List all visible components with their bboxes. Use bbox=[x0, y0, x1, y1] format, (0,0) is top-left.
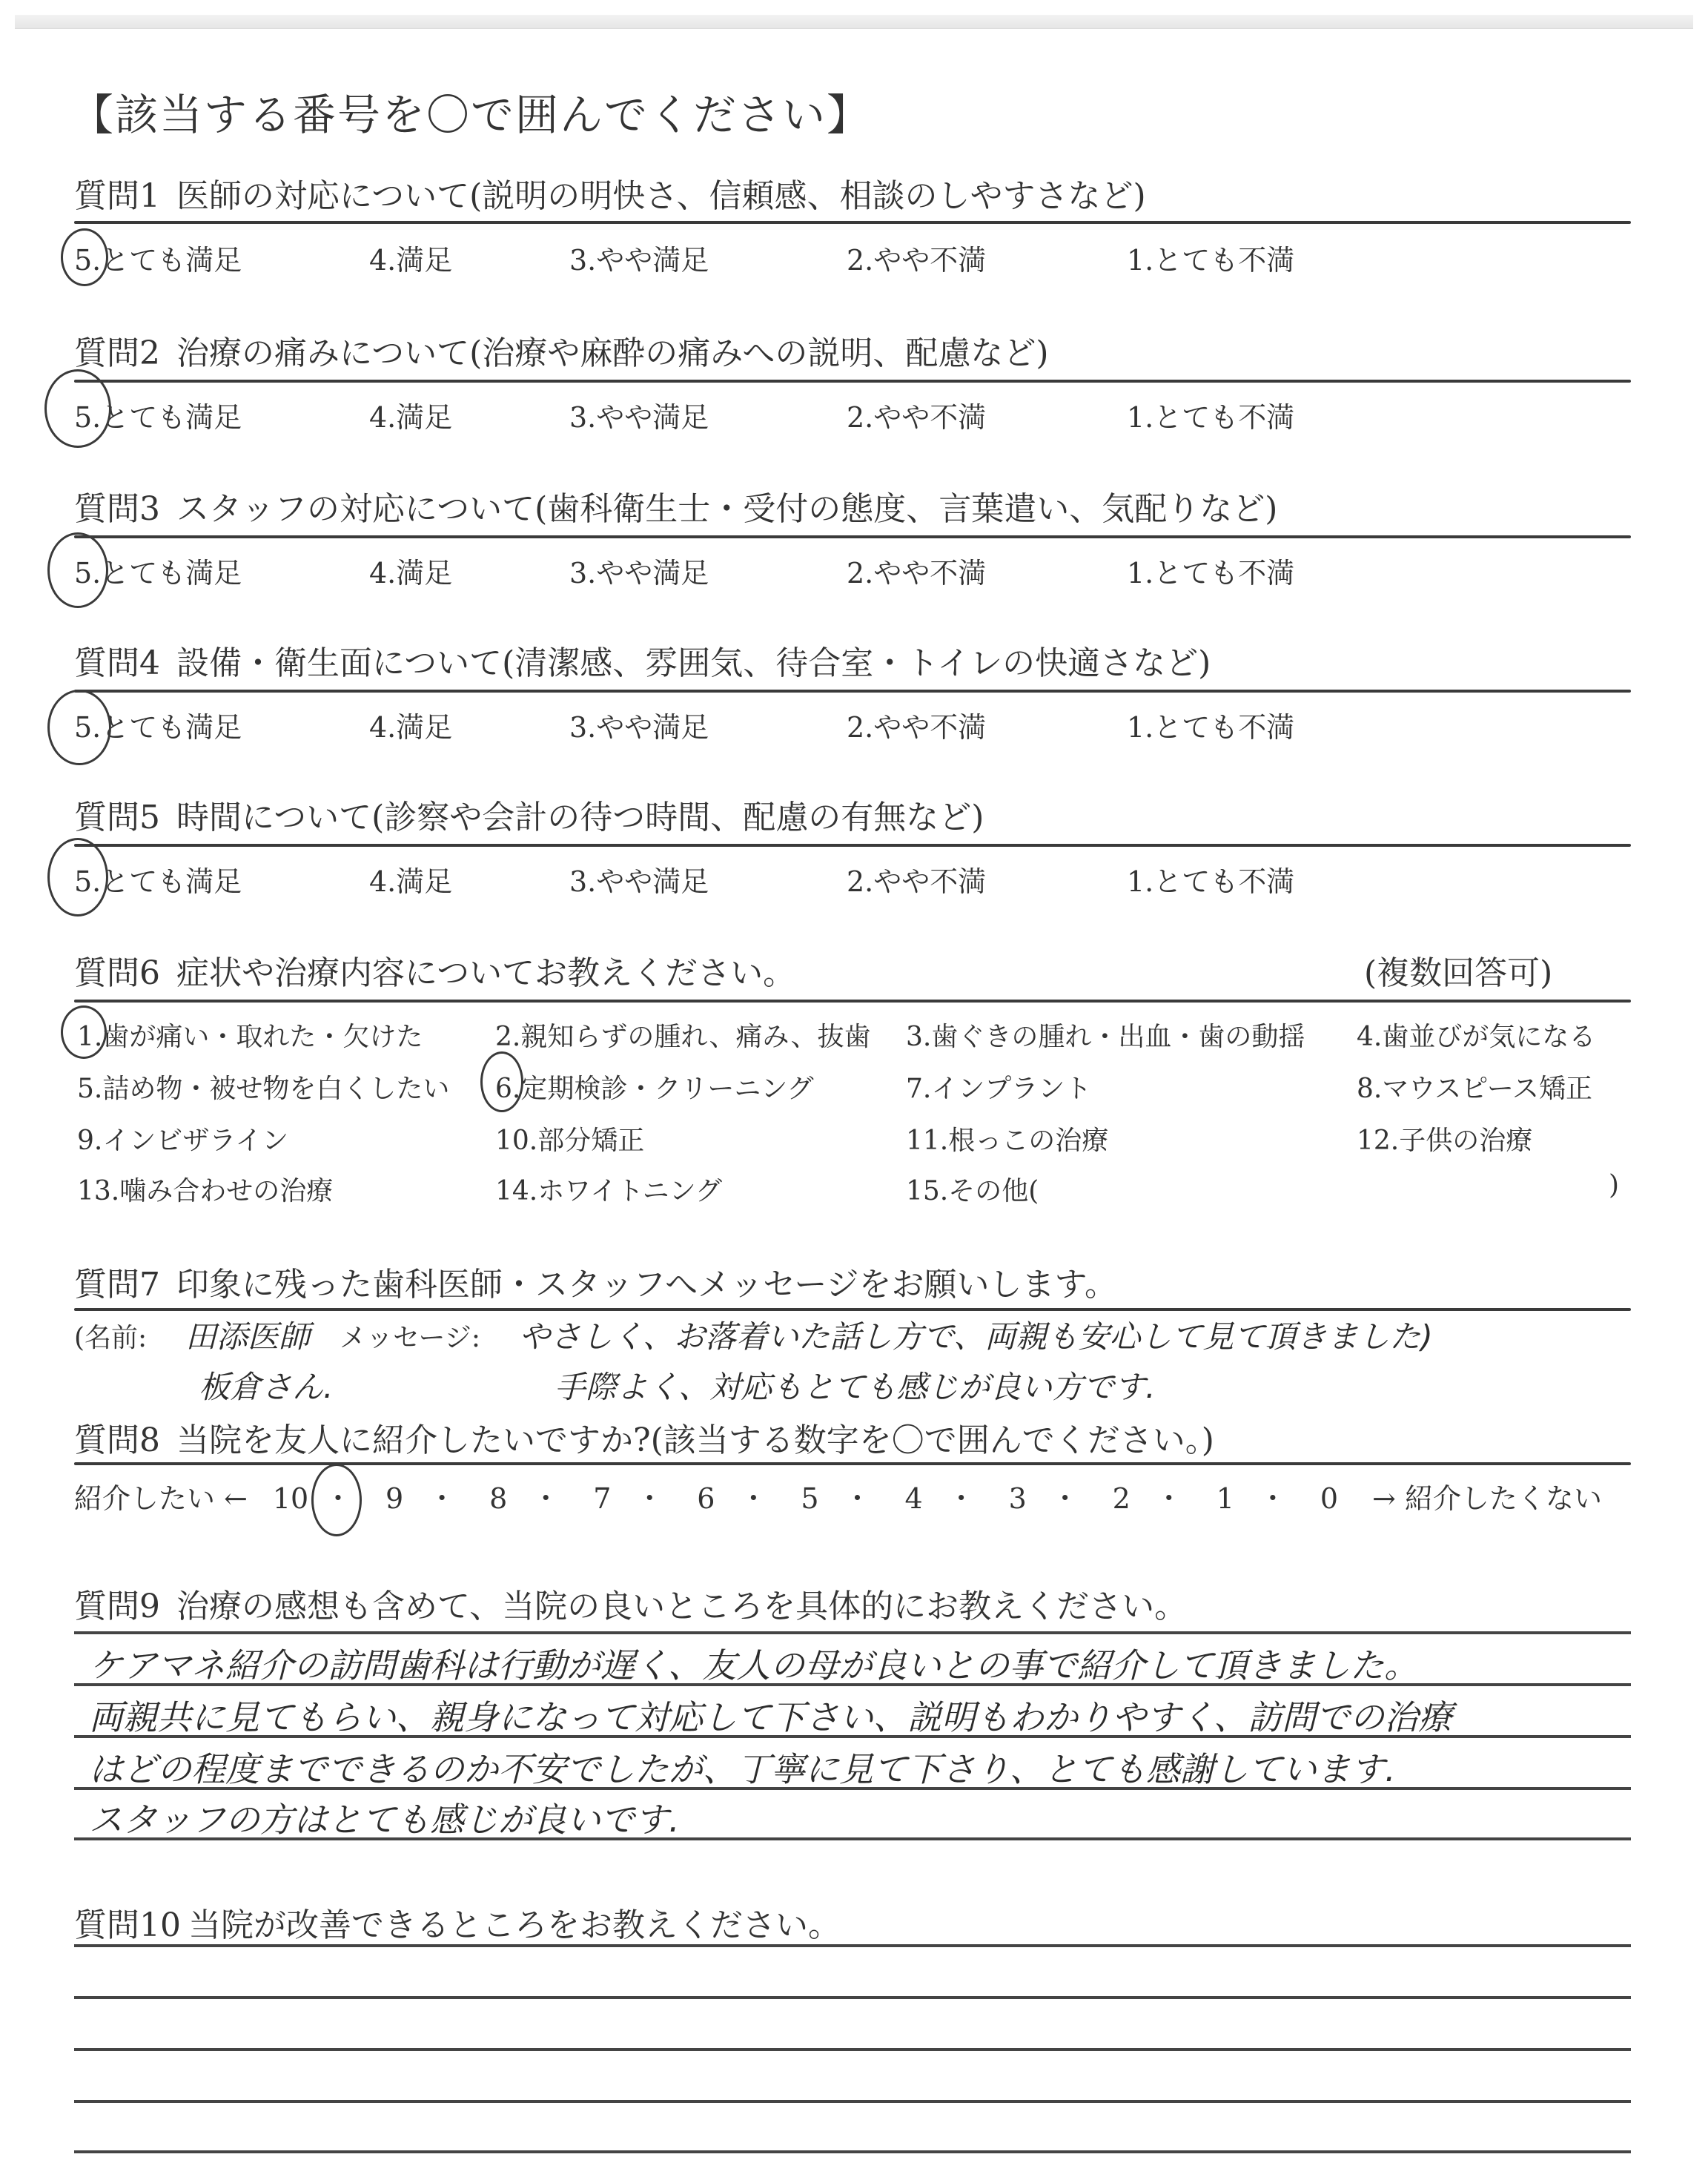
question-number: 質問1 bbox=[74, 177, 160, 215]
answer-text-line-1: ケアマネ紹介の訪問歯科は行動が遅く、友人の母が良いとの事で紹介して頂きました。 bbox=[89, 1639, 1418, 1688]
answer-line-empty[interactable] bbox=[74, 2048, 1631, 2051]
option-2[interactable]: 2.やや不満 bbox=[847, 237, 986, 278]
staff-message-1: やさしく、お落着いた話し方で、両親も安心して見て頂きました) bbox=[519, 1312, 1433, 1357]
scale-10[interactable]: 10 bbox=[267, 1482, 314, 1515]
question-text: 当院を友人に紹介したいですか?(該当する数字を〇で囲んでください。) bbox=[176, 1421, 1214, 1459]
option-5[interactable]: 5.とても満足 bbox=[74, 394, 242, 435]
name-label: (名前: bbox=[74, 1317, 147, 1355]
option-3[interactable]: 3.やや満足 bbox=[569, 859, 709, 899]
question-number: 質問4 bbox=[74, 644, 160, 682]
staff-name-2: 板倉さん. bbox=[199, 1363, 333, 1407]
symptom-option-3[interactable]: 3.歯ぐきの腫れ・出血・歯の動揺 bbox=[906, 1016, 1305, 1054]
question-1-heading: 質問1医師の対応について(説明の明快さ、信頼感、相談のしやすさなど) bbox=[74, 169, 1146, 217]
option-2[interactable]: 2.やや不満 bbox=[847, 704, 986, 745]
answer-text-line-4: スタッフの方はとても感じが良いです. bbox=[89, 1793, 680, 1842]
question-text: スタッフの対応について(歯科衛生士・受付の態度、言葉遣い、気配りなど) bbox=[176, 490, 1277, 528]
question-number: 質問6 bbox=[74, 954, 160, 992]
option-5[interactable]: 5.とても満足 bbox=[74, 550, 242, 591]
scale-6[interactable]: 6 bbox=[682, 1482, 729, 1515]
message-label: メッセージ: bbox=[340, 1317, 480, 1355]
question-10-heading: 質問10当院が改善できるところをお教えください。 bbox=[74, 1898, 841, 1946]
question-7-heading: 質問7印象に残った歯科医師・スタッフへメッセージをお願いします。 bbox=[74, 1258, 1117, 1305]
option-4[interactable]: 4.満足 bbox=[369, 237, 452, 278]
symptom-option-2[interactable]: 2.親知らずの腫れ、痛み、抜歯 bbox=[495, 1016, 871, 1054]
divider bbox=[74, 690, 1631, 693]
scale-9[interactable]: 9 bbox=[371, 1482, 418, 1515]
answer-line-empty[interactable] bbox=[74, 2100, 1631, 2103]
option-3[interactable]: 3.やや満足 bbox=[569, 237, 709, 278]
symptom-option-7[interactable]: 7.インプラント bbox=[906, 1068, 1091, 1106]
staff-name-1: 田添医師 bbox=[185, 1312, 310, 1357]
question-number: 質問5 bbox=[74, 799, 160, 836]
scan-top-edge bbox=[15, 15, 1693, 29]
question-4-heading: 質問4設備・衛生面について(清潔感、雰囲気、待合室・トイレの快適さなど) bbox=[74, 636, 1211, 684]
question-6-heading: 質問6症状や治療内容についてお教えください。 bbox=[74, 946, 795, 994]
question-8-heading: 質問8当院を友人に紹介したいですか?(該当する数字を〇で囲んでください。) bbox=[74, 1413, 1214, 1461]
answer-line bbox=[74, 1735, 1631, 1738]
scale-5[interactable]: 5 bbox=[786, 1482, 833, 1515]
question-number: 質問3 bbox=[74, 490, 160, 528]
answer-line bbox=[74, 1787, 1631, 1790]
divider bbox=[74, 1308, 1631, 1311]
symptom-option-6[interactable]: 6.定期検診・クリーニング bbox=[495, 1068, 814, 1106]
question-number: 質問2 bbox=[74, 334, 160, 372]
answer-line bbox=[74, 1631, 1631, 1634]
option-1[interactable]: 1.とても不満 bbox=[1127, 550, 1294, 591]
option-1[interactable]: 1.とても不満 bbox=[1127, 859, 1294, 899]
option-4[interactable]: 4.満足 bbox=[369, 394, 452, 435]
option-2[interactable]: 2.やや不満 bbox=[847, 550, 986, 591]
scale-8[interactable]: 8 bbox=[474, 1482, 522, 1515]
symptom-option-4[interactable]: 4.歯並びが気になる bbox=[1357, 1016, 1595, 1054]
option-3[interactable]: 3.やや満足 bbox=[569, 550, 709, 591]
scale-4[interactable]: 4 bbox=[890, 1482, 938, 1515]
option-4[interactable]: 4.満足 bbox=[369, 859, 452, 899]
divider bbox=[74, 535, 1631, 538]
scale-3[interactable]: 3 bbox=[994, 1482, 1042, 1515]
answer-line bbox=[74, 1837, 1631, 1840]
question-text: 当院が改善できるところをお教えください。 bbox=[188, 1906, 841, 1944]
symptom-option-1[interactable]: 1.歯が痛い・取れた・欠けた bbox=[77, 1016, 423, 1054]
option-5[interactable]: 5.とても満足 bbox=[74, 859, 242, 899]
answer-line bbox=[74, 1683, 1631, 1686]
other-close-paren: ) bbox=[1609, 1170, 1619, 1200]
question-text: 症状や治療内容についてお教えください。 bbox=[176, 954, 795, 992]
symptom-option-11[interactable]: 11.根っこの治療 bbox=[906, 1120, 1108, 1157]
multiple-answer-note: (複数回答可) bbox=[1364, 946, 1552, 994]
divider bbox=[74, 844, 1631, 847]
divider bbox=[74, 380, 1631, 383]
question-5-heading: 質問5時間について(診察や会計の待つ時間、配慮の有無など) bbox=[74, 790, 984, 838]
answer-line-empty[interactable] bbox=[74, 2150, 1631, 2153]
answer-line-empty[interactable] bbox=[74, 1996, 1631, 1999]
answer-text-line-2: 両親共に見てもらい、親身になって対応して下さい、説明もわかりやすく、訪問での治療 bbox=[89, 1691, 1452, 1740]
scale-7[interactable]: 7 bbox=[578, 1482, 626, 1515]
question-2-heading: 質問2治療の痛みについて(治療や麻酔の痛みへの説明、配慮など) bbox=[74, 326, 1049, 374]
recommend-label: 紹介したい ← bbox=[74, 1476, 248, 1516]
option-4[interactable]: 4.満足 bbox=[369, 550, 452, 591]
scale-1[interactable]: 1 bbox=[1202, 1482, 1249, 1515]
symptom-option-9[interactable]: 9.インビザライン bbox=[77, 1120, 288, 1157]
symptom-option-10[interactable]: 10.部分矯正 bbox=[495, 1120, 644, 1157]
question-text: 設備・衛生面について(清潔感、雰囲気、待合室・トイレの快適さなど) bbox=[176, 644, 1211, 682]
symptom-option-5[interactable]: 5.詰め物・被せ物を白くしたい bbox=[77, 1068, 449, 1106]
recommend-scale: 紹介したい ← 10・ 9・ 8・ 7・ 6・ 5・ 4・ 3・ 2・ 1・ 0… bbox=[74, 1476, 1602, 1516]
question-number: 質問10 bbox=[74, 1906, 181, 1944]
question-number: 質問7 bbox=[74, 1266, 160, 1304]
option-3[interactable]: 3.やや満足 bbox=[569, 704, 709, 745]
question-number: 質問9 bbox=[74, 1588, 160, 1625]
not-recommend-label: → 紹介したくない bbox=[1372, 1476, 1602, 1516]
scale-0[interactable]: 0 bbox=[1305, 1482, 1353, 1515]
question-text: 治療の感想も含めて、当院の良いところを具体的にお教えください。 bbox=[176, 1588, 1187, 1625]
question-text: 印象に残った歯科医師・スタッフへメッセージをお願いします。 bbox=[176, 1266, 1117, 1304]
page-title: 【該当する番号を〇で囲んでください】 bbox=[70, 80, 871, 142]
option-2[interactable]: 2.やや不満 bbox=[847, 859, 986, 899]
option-2[interactable]: 2.やや不満 bbox=[847, 394, 986, 435]
answer-text-line-3: はどの程度までできるのか不安でしたが、丁寧に見て下さり、とても感謝しています. bbox=[89, 1743, 1396, 1791]
option-1[interactable]: 1.とても不満 bbox=[1127, 704, 1294, 745]
option-1[interactable]: 1.とても不満 bbox=[1127, 394, 1294, 435]
divider bbox=[74, 221, 1631, 224]
question-text: 医師の対応について(説明の明快さ、信頼感、相談のしやすさなど) bbox=[176, 177, 1146, 215]
scale-2[interactable]: 2 bbox=[1098, 1482, 1145, 1515]
divider bbox=[74, 1000, 1631, 1003]
symptom-option-8[interactable]: 8.マウスピース矯正 bbox=[1357, 1068, 1592, 1106]
symptom-option-12[interactable]: 12.子供の治療 bbox=[1357, 1120, 1532, 1157]
option-1[interactable]: 1.とても不満 bbox=[1127, 237, 1294, 278]
question-text: 治療の痛みについて(治療や麻酔の痛みへの説明、配慮など) bbox=[176, 334, 1049, 372]
question-text: 時間について(診察や会計の待つ時間、配慮の有無など) bbox=[176, 799, 984, 836]
question-number: 質問8 bbox=[74, 1421, 160, 1459]
option-4[interactable]: 4.満足 bbox=[369, 704, 452, 745]
symptom-option-15[interactable]: 15.その他( bbox=[906, 1170, 1039, 1208]
question-3-heading: 質問3スタッフの対応について(歯科衛生士・受付の態度、言葉遣い、気配りなど) bbox=[74, 482, 1277, 529]
symptom-option-13[interactable]: 13.噛み合わせの治療 bbox=[77, 1170, 333, 1208]
answer-line-empty[interactable] bbox=[74, 1944, 1631, 1947]
symptom-option-14[interactable]: 14.ホワイトニング bbox=[495, 1170, 722, 1208]
divider bbox=[74, 1462, 1631, 1465]
staff-message-2: 手際よく、対応もとても感じが良い方です. bbox=[555, 1363, 1156, 1407]
question-9-heading: 質問9治療の感想も含めて、当院の良いところを具体的にお教えください。 bbox=[74, 1579, 1187, 1627]
option-5[interactable]: 5.とても満足 bbox=[74, 237, 242, 278]
option-5[interactable]: 5.とても満足 bbox=[74, 704, 242, 745]
option-3[interactable]: 3.やや満足 bbox=[569, 394, 709, 435]
